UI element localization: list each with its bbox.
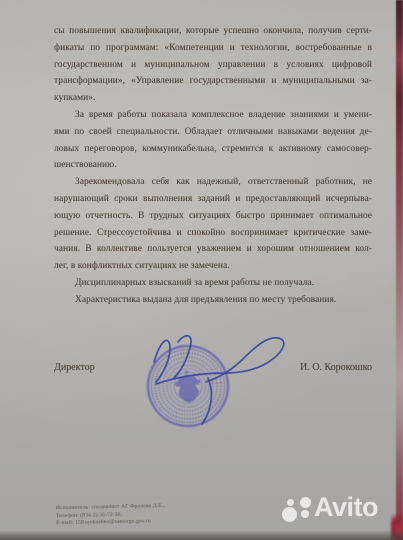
document-photo: сы повышения квалификации, которые успеш… — [0, 0, 403, 540]
avito-logo-dot — [300, 497, 311, 508]
document-line: купками». — [54, 90, 372, 107]
document-line: лег, в конфликтных ситуациях не замечена… — [54, 258, 372, 275]
avito-logo-dot — [287, 499, 294, 506]
document-line: государственном и муниципальном управлен… — [54, 57, 372, 74]
document-line: шенствованию. — [54, 157, 372, 174]
document-line: ловых переговоров, коммуникабельна, стре… — [54, 141, 372, 158]
photo-background-edge — [396, 0, 403, 540]
document-line: Характеристика выдана для предъявления п… — [54, 292, 372, 309]
document-line: Дисциплинарных взысканий за время работы… — [54, 275, 372, 292]
director-label: Директор — [54, 362, 95, 373]
executor-contact: Исполнитель: специалист АГ Фролова Д.Е.,… — [56, 503, 165, 528]
photo-bottom-shadow — [0, 530, 403, 540]
document-line: фикаты по программам: «Компетенции и тех… — [54, 40, 372, 57]
avito-watermark: Avito — [281, 495, 401, 531]
document-line: трансформации», «Управление государствен… — [54, 73, 372, 90]
avito-logo-dot — [301, 510, 309, 518]
document-line: ющую отчетность. В трудных ситуациях быс… — [54, 208, 372, 225]
document-line: Зарекомендовала себя как надежный, ответ… — [54, 174, 372, 191]
document-line: сы повышения квалификации, которые успеш… — [54, 23, 372, 40]
document-line: чания. В коллективе пользуется уважением… — [54, 241, 372, 258]
avito-wordmark: Avito — [314, 492, 378, 523]
document-line: решение. Стрессоустойчива и спокойно вос… — [54, 225, 372, 242]
director-name: И. О. Корокошко — [300, 362, 372, 373]
document-line: ями по своей специальности. Обладает отл… — [54, 124, 372, 141]
document-line: нарушающий сроки выполнения заданий и пр… — [54, 191, 372, 208]
contact-line: E-mail: 15Korokoshko@samorgo.gov.ru — [56, 518, 165, 528]
document-line: За время работы показала комплексное вла… — [54, 107, 372, 124]
avito-logo-dot — [282, 507, 297, 522]
document-body-text: сы повышения квалификации, которые успеш… — [54, 23, 372, 309]
signature-ink — [110, 320, 310, 435]
